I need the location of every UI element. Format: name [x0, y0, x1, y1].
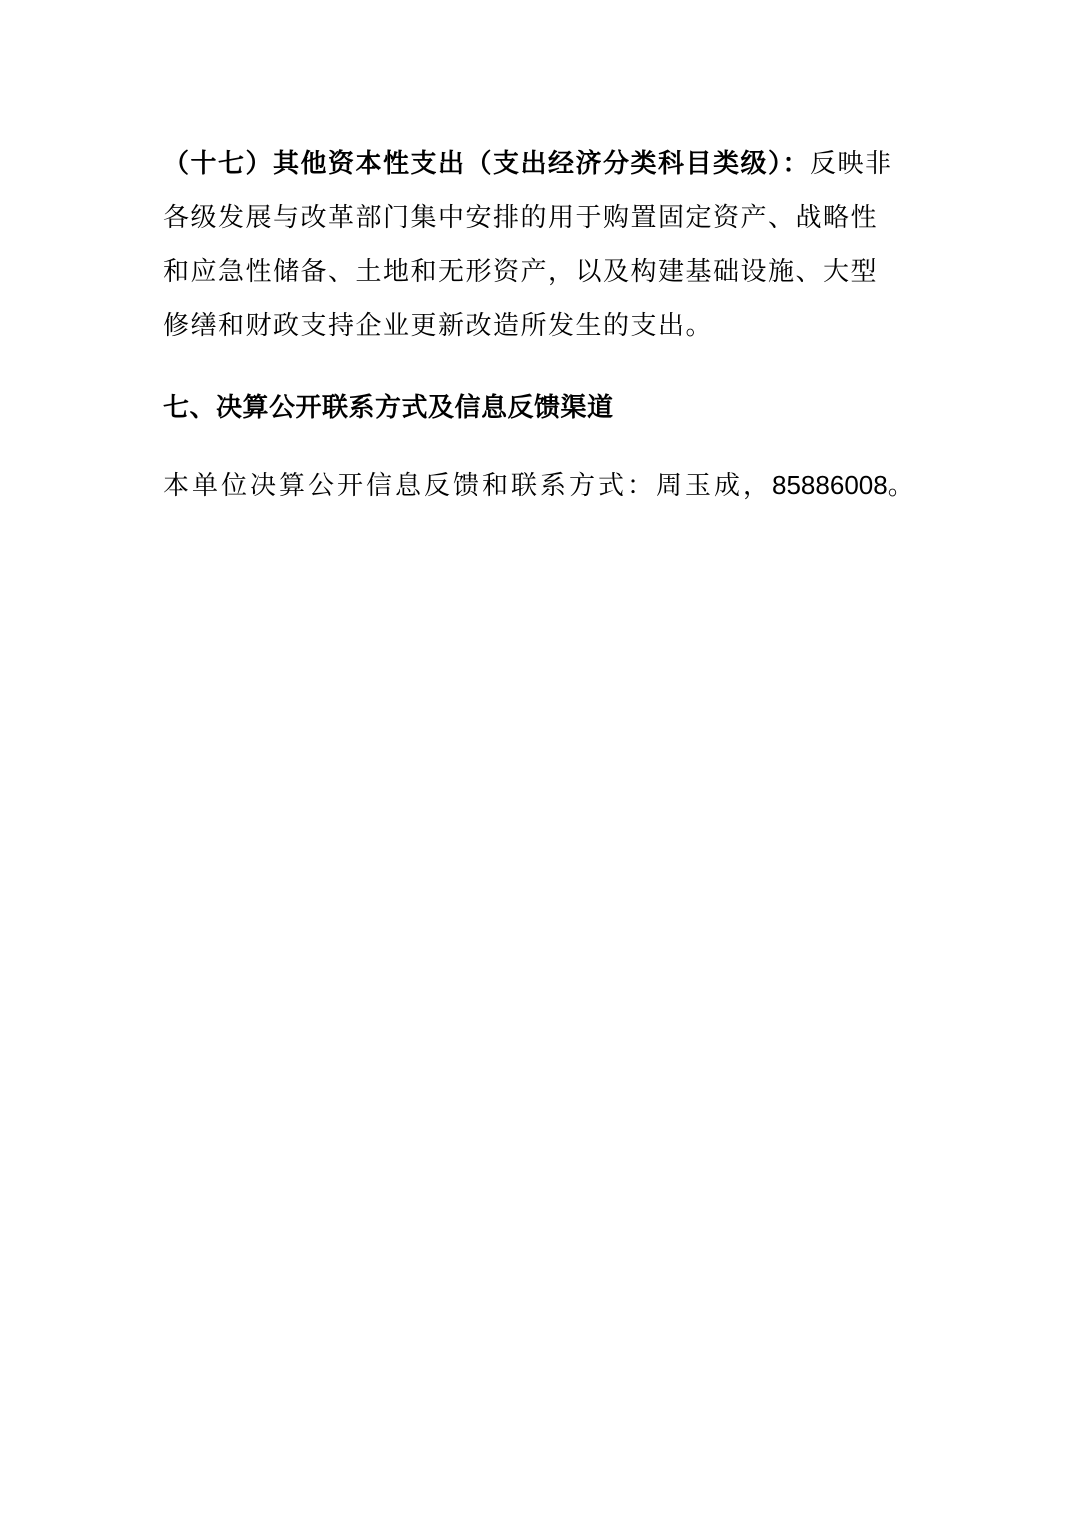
contact-phone: 85886008	[772, 470, 888, 500]
section-7-heading: 七、决算公开联系方式及信息反馈渠道	[163, 388, 614, 428]
contact-label: 本单位决算公开信息反馈和联系方式：周玉成，	[163, 471, 772, 501]
section-17-title: （十七）其他资本性支出（支出经济分类科目类级）：	[163, 149, 810, 179]
document-page: （十七）其他资本性支出（支出经济分类科目类级）：反映非各级发展与改革部门集中安排…	[0, 0, 1075, 1520]
contact-end-punct: 。	[888, 471, 917, 501]
section-17-paragraph: （十七）其他资本性支出（支出经济分类科目类级）：反映非各级发展与改革部门集中安排…	[163, 137, 903, 353]
contact-paragraph: 本单位决算公开信息反馈和联系方式：周玉成，85886008。	[163, 465, 917, 506]
